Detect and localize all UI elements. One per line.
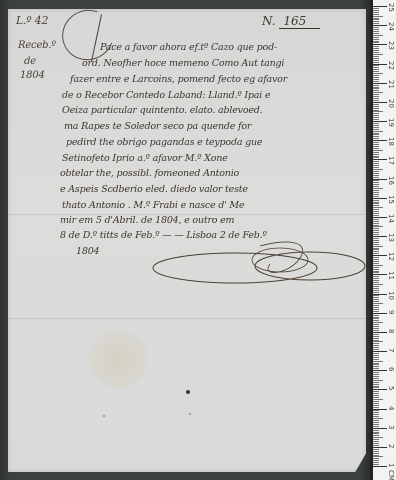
ruler-minor-tick <box>373 253 379 254</box>
ink-speck <box>189 413 191 415</box>
ruler-minor-tick <box>373 58 379 59</box>
ruler-minor-tick <box>373 276 379 277</box>
ruler-minor-tick <box>373 269 379 270</box>
ruler-minor-tick <box>373 347 379 348</box>
body-line-1: Pace a favor ahora ef.tº Cazo que pod- <box>100 42 277 54</box>
ruler-minor-tick <box>373 307 379 308</box>
ruler-minor-tick <box>373 416 379 417</box>
ruler-minor-tick <box>373 343 379 344</box>
ruler-minor-tick <box>373 65 379 66</box>
ruler-minor-tick <box>373 156 379 157</box>
ruler-minor-tick <box>373 42 379 43</box>
ruler-minor-tick <box>373 92 383 93</box>
ruler-label: 11 <box>387 271 395 280</box>
ruler-minor-tick <box>373 443 379 444</box>
paper-stain <box>88 329 148 389</box>
ruler-minor-tick <box>373 282 379 283</box>
ruler-label: 21 <box>387 80 395 89</box>
ruler-major-tick <box>373 198 387 199</box>
ruler-minor-tick <box>373 311 379 312</box>
ruler-minor-tick <box>373 52 379 53</box>
ruler-minor-tick <box>373 33 379 34</box>
paper-fold-line <box>8 318 366 319</box>
ruler-minor-tick <box>373 157 379 158</box>
ruler-minor-tick <box>373 54 383 55</box>
ruler-major-tick <box>373 332 387 333</box>
number-value: 165 <box>279 14 320 29</box>
ruler-minor-tick <box>373 397 379 398</box>
ruler-minor-tick <box>373 340 379 341</box>
ruler-minor-tick <box>373 14 379 15</box>
ruler-minor-tick <box>373 430 379 431</box>
body-line-8: Setinofeto Iprio a.º afavor M.º Xone <box>62 153 228 165</box>
ruler-minor-tick <box>373 244 379 245</box>
ruler-minor-tick <box>373 261 379 262</box>
ruler-minor-tick <box>373 226 383 227</box>
ruler-major-tick <box>373 294 387 295</box>
ruler-minor-tick <box>373 23 379 24</box>
ruler-major-tick <box>373 370 387 371</box>
ruler-minor-tick <box>373 328 379 329</box>
ruler-minor-tick <box>373 407 379 408</box>
ruler-minor-tick <box>373 240 379 241</box>
ruler-major-tick <box>373 236 387 237</box>
ruler-minor-tick <box>373 46 379 47</box>
ruler-minor-tick <box>373 338 379 339</box>
ruler-minor-tick <box>373 136 379 137</box>
document-number: N. 165 <box>262 14 320 29</box>
ruler-minor-tick <box>373 50 379 51</box>
ruler-major-tick <box>373 389 387 390</box>
ruler-minor-tick <box>373 182 379 183</box>
ruler-minor-tick <box>373 169 383 170</box>
ruler-minor-tick <box>373 71 379 72</box>
ruler-minor-tick <box>373 286 379 287</box>
ruler-minor-tick <box>373 203 379 204</box>
ruler-minor-tick <box>373 384 379 385</box>
ruler-label: 7 <box>387 348 395 352</box>
ruler-minor-tick <box>373 131 383 132</box>
ruler-minor-tick <box>373 420 379 421</box>
ruler-label: 6 <box>387 367 395 371</box>
ruler-minor-tick <box>373 301 379 302</box>
ruler-minor-tick <box>373 167 379 168</box>
ruler-minor-tick <box>373 361 383 362</box>
ruler-minor-tick <box>373 336 379 337</box>
ruler-minor-tick <box>373 410 379 411</box>
ruler-minor-tick <box>373 192 379 193</box>
ruler-minor-tick <box>373 405 379 406</box>
body-line-7: pedird the obrigo pagandas e teypoda gue <box>66 137 262 149</box>
ruler-minor-tick <box>373 106 379 107</box>
ruler-minor-tick <box>373 326 379 327</box>
ruler-minor-tick <box>373 322 383 323</box>
body-line-12: mir em 5 d'Abril. de 1804, e outro em <box>60 215 234 227</box>
ruler-minor-tick <box>373 10 379 11</box>
ruler-minor-tick <box>373 48 379 49</box>
ruler-minor-tick <box>373 127 379 128</box>
ruler-minor-tick <box>373 225 379 226</box>
ruler-minor-tick <box>373 248 379 249</box>
ruler-minor-tick <box>373 366 379 367</box>
ruler-minor-tick <box>373 437 383 438</box>
ruler-minor-tick <box>373 380 383 381</box>
ruler-minor-tick <box>373 320 379 321</box>
ruler-minor-tick <box>373 251 379 252</box>
body-line-6: ma Rapes te Soledor seco pa quende for <box>64 121 251 133</box>
ruler-minor-tick <box>373 271 379 272</box>
ruler-minor-tick <box>373 88 379 89</box>
margin-de-label: de <box>24 56 36 67</box>
ruler-minor-tick <box>373 449 379 450</box>
ruler-minor-tick <box>373 341 383 342</box>
ruler-minor-tick <box>373 345 379 346</box>
ruler-minor-tick <box>373 209 379 210</box>
ruler-minor-tick <box>373 393 379 394</box>
ruler-minor-tick <box>373 349 379 350</box>
ruler-minor-tick <box>373 62 379 63</box>
ruler-label: 17 <box>387 156 395 165</box>
ruler-label: 3 <box>387 425 395 429</box>
ruler-label: 18 <box>387 137 395 146</box>
ruler-minor-tick <box>373 196 379 197</box>
ruler-minor-tick <box>373 460 379 461</box>
ruler-label: 8 <box>387 329 395 333</box>
ruler-minor-tick <box>373 87 379 88</box>
body-line-3: fazer entre e Larcoins, pomend fecto eg … <box>70 74 287 86</box>
ruler-major-tick <box>373 351 387 352</box>
ruler-minor-tick <box>373 303 383 304</box>
ruler-major-tick <box>373 25 387 26</box>
ruler-minor-tick <box>373 125 379 126</box>
ruler-minor-tick <box>373 374 379 375</box>
ruler-minor-tick <box>373 426 379 427</box>
body-line-14: 1804 <box>76 246 99 258</box>
ruler-minor-tick <box>373 324 379 325</box>
ruler-minor-tick <box>373 280 379 281</box>
ruler-minor-tick <box>373 60 379 61</box>
ruler-minor-tick <box>373 242 379 243</box>
margin-year: 1804 <box>20 70 45 81</box>
ruler-label: 25 <box>387 3 395 12</box>
ruler-minor-tick <box>373 94 379 95</box>
ruler-major-tick <box>373 217 387 218</box>
ruler-major-tick <box>373 44 387 45</box>
ruler-minor-tick <box>373 152 379 153</box>
number-label: N. <box>262 14 276 28</box>
ruler-minor-tick <box>373 39 379 40</box>
ruler-minor-tick <box>373 29 379 30</box>
margin-received-label: Receb.º <box>18 40 56 51</box>
ink-speck <box>103 415 105 417</box>
ruler-minor-tick <box>373 395 379 396</box>
ruler-minor-tick <box>373 142 379 143</box>
ruler-minor-tick <box>373 284 383 285</box>
ruler-minor-tick <box>373 234 379 235</box>
ruler-minor-tick <box>373 267 379 268</box>
ruler-minor-tick <box>373 177 379 178</box>
ruler-minor-tick <box>373 334 379 335</box>
ruler-minor-tick <box>373 357 379 358</box>
ruler-minor-tick <box>373 184 379 185</box>
ruler-minor-tick <box>373 205 379 206</box>
ruler-minor-tick <box>373 202 379 203</box>
ruler-minor-tick <box>373 297 379 298</box>
ruler-major-tick <box>373 64 387 65</box>
ruler-minor-tick <box>373 353 379 354</box>
ruler-minor-tick <box>373 386 379 387</box>
ruler-minor-tick <box>373 186 379 187</box>
ruler-minor-tick <box>373 364 379 365</box>
ruler-minor-tick <box>373 133 379 134</box>
body-line-10: e Aspeis Scdberio eled. diedo valor test… <box>60 184 248 196</box>
ruler-major-tick <box>373 140 387 141</box>
ruler-minor-tick <box>373 223 379 224</box>
ruler-minor-tick <box>373 317 379 318</box>
ruler-label: 5 <box>387 386 395 390</box>
ruler-minor-tick <box>373 451 379 452</box>
ruler-minor-tick <box>373 458 379 459</box>
ruler-minor-tick <box>373 41 379 42</box>
ruler-label: 2 <box>387 444 395 448</box>
ruler-minor-tick <box>373 75 379 76</box>
ruler-label: 19 <box>387 118 395 127</box>
ruler-minor-tick <box>373 259 379 260</box>
ruler-minor-tick <box>373 12 379 13</box>
body-line-4: de o Recebor Contedo Laband: Lland.º Ipa… <box>62 90 270 102</box>
ruler-minor-tick <box>373 414 379 415</box>
ruler-minor-tick <box>373 37 379 38</box>
ruler-major-tick <box>373 428 387 429</box>
ruler-minor-tick <box>373 31 379 32</box>
ruler-minor-tick <box>373 299 379 300</box>
ruler-minor-tick <box>373 249 379 250</box>
ruler-minor-tick <box>373 18 379 19</box>
ruler-minor-tick <box>373 104 379 105</box>
ruler-minor-tick <box>373 433 379 434</box>
ruler-minor-tick <box>373 173 379 174</box>
ruler-minor-tick <box>373 119 379 120</box>
body-line-9: obtelar the, possibl. fomeoned Antonio <box>60 168 239 180</box>
ruler-minor-tick <box>373 138 379 139</box>
ruler-minor-tick <box>373 175 379 176</box>
ruler-major-tick <box>373 179 387 180</box>
ruler-minor-tick <box>373 67 379 68</box>
ruler-minor-tick <box>373 113 379 114</box>
ruler-minor-tick <box>373 73 383 74</box>
ruler-major-tick <box>373 466 387 467</box>
ruler-minor-tick <box>373 359 379 360</box>
ruler-minor-tick <box>373 134 379 135</box>
ruler-minor-tick <box>373 213 379 214</box>
ruler-minor-tick <box>373 123 379 124</box>
ruler-label: 15 <box>387 195 395 204</box>
ruler-minor-tick <box>373 403 379 404</box>
ruler-minor-tick <box>373 19 379 20</box>
ruler-minor-tick <box>373 439 379 440</box>
ruler-minor-tick <box>373 163 379 164</box>
ruler-minor-tick <box>373 129 379 130</box>
ruler-minor-tick <box>373 292 379 293</box>
ruler-minor-tick <box>373 232 379 233</box>
ruler-major-tick <box>373 159 387 160</box>
ruler-label: 9 <box>387 310 395 314</box>
ruler-minor-tick <box>373 96 379 97</box>
ruler-major-tick <box>373 102 387 103</box>
ruler-minor-tick <box>373 462 379 463</box>
ruler-minor-tick <box>373 368 379 369</box>
ruler-major-tick <box>373 313 387 314</box>
ruler-minor-tick <box>373 85 379 86</box>
ruler-minor-tick <box>373 190 379 191</box>
body-line-2: ord. Neofher hoce memeno Como Aut tangi <box>82 58 284 70</box>
ruler-minor-tick <box>373 290 379 291</box>
ruler-minor-tick <box>373 211 379 212</box>
ruler-major-tick <box>373 447 387 448</box>
ruler-minor-tick <box>373 278 379 279</box>
ruler-major-tick <box>373 83 387 84</box>
ruler-minor-tick <box>373 194 379 195</box>
ruler-minor-tick <box>373 171 379 172</box>
ruler-minor-tick <box>373 35 383 36</box>
body-line-11: thato Antonio . M.º Frabi e nasce d' Me <box>62 200 244 212</box>
ruler-minor-tick <box>373 8 379 9</box>
ruler-minor-tick <box>373 453 379 454</box>
signature-flourish <box>150 238 396 288</box>
ruler-minor-tick <box>373 90 379 91</box>
ruler-minor-tick <box>373 315 379 316</box>
ruler-minor-tick <box>373 263 379 264</box>
ruler-label: 10 <box>387 291 395 300</box>
ruler-minor-tick <box>373 148 379 149</box>
ruler-minor-tick <box>373 378 379 379</box>
ruler-label: 16 <box>387 176 395 185</box>
ruler-minor-tick <box>373 387 379 388</box>
ruler-minor-tick <box>373 257 379 258</box>
ruler-label: 4 <box>387 406 395 410</box>
ruler-minor-tick <box>373 246 383 247</box>
ruler-minor-tick <box>373 376 379 377</box>
ruler-minor-tick <box>373 422 379 423</box>
ruler-minor-tick <box>373 108 379 109</box>
ruler-minor-tick <box>373 144 379 145</box>
ruler-minor-tick <box>373 305 379 306</box>
ruler-minor-tick <box>373 230 379 231</box>
ruler-minor-tick <box>373 165 379 166</box>
ruler-minor-tick <box>373 418 383 419</box>
ruler-minor-tick <box>373 399 383 400</box>
ruler-major-tick <box>373 6 387 7</box>
ruler-minor-tick <box>373 16 383 17</box>
margin-book-number: L.º 42 <box>16 15 48 26</box>
ruler-minor-tick <box>373 265 383 266</box>
ruler-minor-tick <box>373 401 379 402</box>
ruler-minor-tick <box>373 21 379 22</box>
ruler-minor-tick <box>373 238 379 239</box>
body-line-5: Oeiza particular quintento. elato. ablev… <box>62 105 262 117</box>
ruler-minor-tick <box>373 330 379 331</box>
ruler-minor-tick <box>373 456 383 457</box>
ruler-minor-tick <box>373 215 379 216</box>
ruler-minor-tick <box>373 464 379 465</box>
ruler-minor-tick <box>373 363 379 364</box>
ruler-major-tick <box>373 274 387 275</box>
ruler-minor-tick <box>373 228 379 229</box>
measurement-ruler: 2524232221201918171615141312111098765432… <box>370 0 396 480</box>
ruler-minor-tick <box>373 412 379 413</box>
ruler-minor-tick <box>373 318 379 319</box>
ruler-minor-tick <box>373 115 379 116</box>
ruler-minor-tick <box>373 391 379 392</box>
ruler-minor-tick <box>373 100 379 101</box>
ruler-label: 22 <box>387 61 395 70</box>
ruler-minor-tick <box>373 146 379 147</box>
ruler-minor-tick <box>373 110 379 111</box>
ruler-minor-tick <box>373 117 379 118</box>
ruler-minor-tick <box>373 441 379 442</box>
ink-speck <box>186 390 190 394</box>
ruler-minor-tick <box>373 288 379 289</box>
ruler-minor-tick <box>373 27 379 28</box>
ruler-major-tick <box>373 121 387 122</box>
ruler-minor-tick <box>373 424 379 425</box>
ruler-label: 1 <box>387 463 395 467</box>
ruler-minor-tick <box>373 79 379 80</box>
ruler-minor-tick <box>373 154 379 155</box>
ruler-minor-tick <box>373 355 379 356</box>
ruler-label: 12 <box>387 252 395 261</box>
ruler-minor-tick <box>373 219 379 220</box>
ruler-minor-tick <box>373 77 379 78</box>
ruler-minor-tick <box>373 180 379 181</box>
ruler-label: 23 <box>387 41 395 50</box>
ruler-minor-tick <box>373 188 383 189</box>
ruler-minor-tick <box>373 221 379 222</box>
ruler-minor-tick <box>373 272 379 273</box>
ruler-minor-tick <box>373 309 379 310</box>
ruler-minor-tick <box>373 455 379 456</box>
ruler-minor-tick <box>373 382 379 383</box>
ruler-minor-tick <box>373 81 379 82</box>
ruler-minor-tick <box>373 161 379 162</box>
ruler-minor-tick <box>373 56 379 57</box>
ruler-minor-tick <box>373 207 383 208</box>
ruler-unit-label: CM <box>387 470 395 480</box>
ruler-major-tick <box>373 255 387 256</box>
ruler-minor-tick <box>373 200 379 201</box>
ruler-minor-tick <box>373 432 379 433</box>
ruler-minor-tick <box>373 295 379 296</box>
ruler-minor-tick <box>373 98 379 99</box>
ruler-minor-tick <box>373 150 383 151</box>
ruler-minor-tick <box>373 111 383 112</box>
ruler-label: 24 <box>387 22 395 31</box>
ruler-minor-tick <box>373 435 379 436</box>
ruler-label: 13 <box>387 233 395 242</box>
ruler-minor-tick <box>373 69 379 70</box>
ruler-label: 20 <box>387 99 395 108</box>
ruler-minor-tick <box>373 445 379 446</box>
ruler-major-tick <box>373 409 387 410</box>
ruler-label: 14 <box>387 214 395 223</box>
ruler-minor-tick <box>373 372 379 373</box>
